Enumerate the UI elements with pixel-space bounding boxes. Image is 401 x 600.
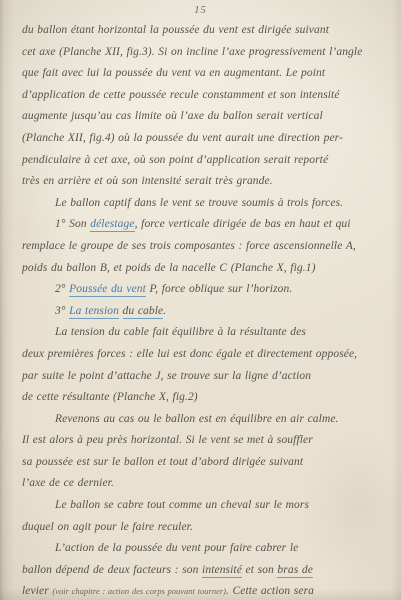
manuscript-line: d’application de cette poussée recule co… [22,85,394,107]
text-segment: Revenons au cas ou le ballon est en équi… [55,413,339,425]
manuscript-line: l’axe de ce dernier. [22,473,394,495]
text-segment: d’application de cette poussée recule co… [22,89,340,101]
manuscript-line: poids du ballon B, et poids de la nacell… [22,258,394,280]
text-segment: , force verticale dirigée de bas en haut… [135,218,351,230]
manuscript-line: augmente jusqu’au cas limite où l’axe du… [22,106,394,128]
text-segment: L’action de la poussée du vent pour fair… [55,542,298,554]
manuscript-line: sa poussée est sur le ballon et tout d’a… [22,452,394,474]
text-segment: . Cette action sera [226,585,314,597]
manuscript-page: 15 du ballon étant horizontal la poussée… [0,0,401,600]
highlighted-term: (voir chapitre : action des corps pouvan… [52,586,226,596]
text-segment: La tension du cable fait équilibre à la … [55,326,306,338]
manuscript-line: par suite le point d’attache J, se trouv… [22,366,394,388]
text-segment: et son [242,564,278,576]
text-segment: pendiculaire à cet axe, où son point d’a… [22,154,328,166]
text-segment: 1° Son [55,218,90,230]
text-segment: par suite le point d’attache J, se trouv… [22,370,311,382]
manuscript-line: ballon dépend de deux facteurs : son int… [22,560,394,582]
text-segment: cet axe (Planche XII, fig.3). Si on incl… [22,46,362,58]
text-segment: levier [22,585,52,597]
manuscript-line: très en arrière et où son intensité sera… [22,171,394,193]
text-segment: 3° [55,305,69,317]
manuscript-line: La tension du cable fait équilibre à la … [22,322,394,344]
highlighted-term: bras de [277,564,312,578]
text-segment: P, force oblique sur l’horizon. [146,283,292,295]
manuscript-line: que fait avec lui la poussée du vent va … [22,63,394,85]
manuscript-line: Le ballon se cabre tout comme un cheval … [22,495,394,517]
highlighted-term: intensité [202,564,242,578]
highlighted-term: du cable [123,305,164,319]
manuscript-line: Le ballon captif dans le vent se trouve … [22,193,394,215]
highlighted-term: La tension [69,305,119,319]
text-segment: Le ballon captif dans le vent se trouve … [55,197,343,209]
manuscript-line: Il est alors à peu près horizontal. Si l… [22,430,394,452]
manuscript-line: duquel on agit pour le faire reculer. [22,517,394,539]
text-segment: que fait avec lui la poussée du vent va … [22,67,325,79]
manuscript-line: levier (voir chapitre : action des corps… [22,581,394,600]
text-segment: de cette résultante (Planche X, fig.2) [22,391,198,403]
manuscript-line: pendiculaire à cet axe, où son point d’a… [22,150,394,172]
manuscript-line: 3° La tension du cable. [22,301,394,323]
text-segment: deux premières forces : elle lui est don… [22,348,357,360]
text-segment: remplace le groupe de ses trois composan… [22,240,356,252]
text-segment: 2° [55,283,69,295]
text-segment: poids du ballon B, et poids de la nacell… [22,262,316,274]
text-segment: l’axe de ce dernier. [22,477,114,489]
manuscript-line: Revenons au cas ou le ballon est en équi… [22,409,394,431]
manuscript-lines: du ballon étant horizontal la poussée du… [22,20,394,600]
text-segment: duquel on agit pour le faire reculer. [22,521,193,533]
highlighted-term: Poussée du vent [69,283,146,297]
text-segment: (Planche XII, fig.4) où la poussée du ve… [22,132,343,144]
text-segment [119,305,123,317]
manuscript-line: du ballon étant horizontal la poussée du… [22,20,394,42]
text-segment: très en arrière et où son intensité sera… [22,175,273,187]
text-segment: . [163,305,166,317]
manuscript-line: 1° Son délestage, force verticale dirigé… [22,214,394,236]
manuscript-line: L’action de la poussée du vent pour fair… [22,538,394,560]
text-segment: Le ballon se cabre tout comme un cheval … [55,499,309,511]
text-segment: augmente jusqu’au cas limite où l’axe du… [22,110,323,122]
page-number: 15 [0,5,401,16]
manuscript-line: de cette résultante (Planche X, fig.2) [22,387,394,409]
text-segment: sa poussée est sur le ballon et tout d’a… [22,456,303,468]
manuscript-line: deux premières forces : elle lui est don… [22,344,394,366]
manuscript-line: cet axe (Planche XII, fig.3). Si on incl… [22,42,394,64]
text-segment: Il est alors à peu près horizontal. Si l… [22,434,313,446]
text-segment: ballon dépend de deux facteurs : son [22,564,202,576]
highlighted-term: délestage [90,218,134,232]
manuscript-line: (Planche XII, fig.4) où la poussée du ve… [22,128,394,150]
manuscript-line: remplace le groupe de ses trois composan… [22,236,394,258]
text-segment: du ballon étant horizontal la poussée du… [22,24,329,36]
manuscript-line: 2° Poussée du vent P, force oblique sur … [22,279,394,301]
